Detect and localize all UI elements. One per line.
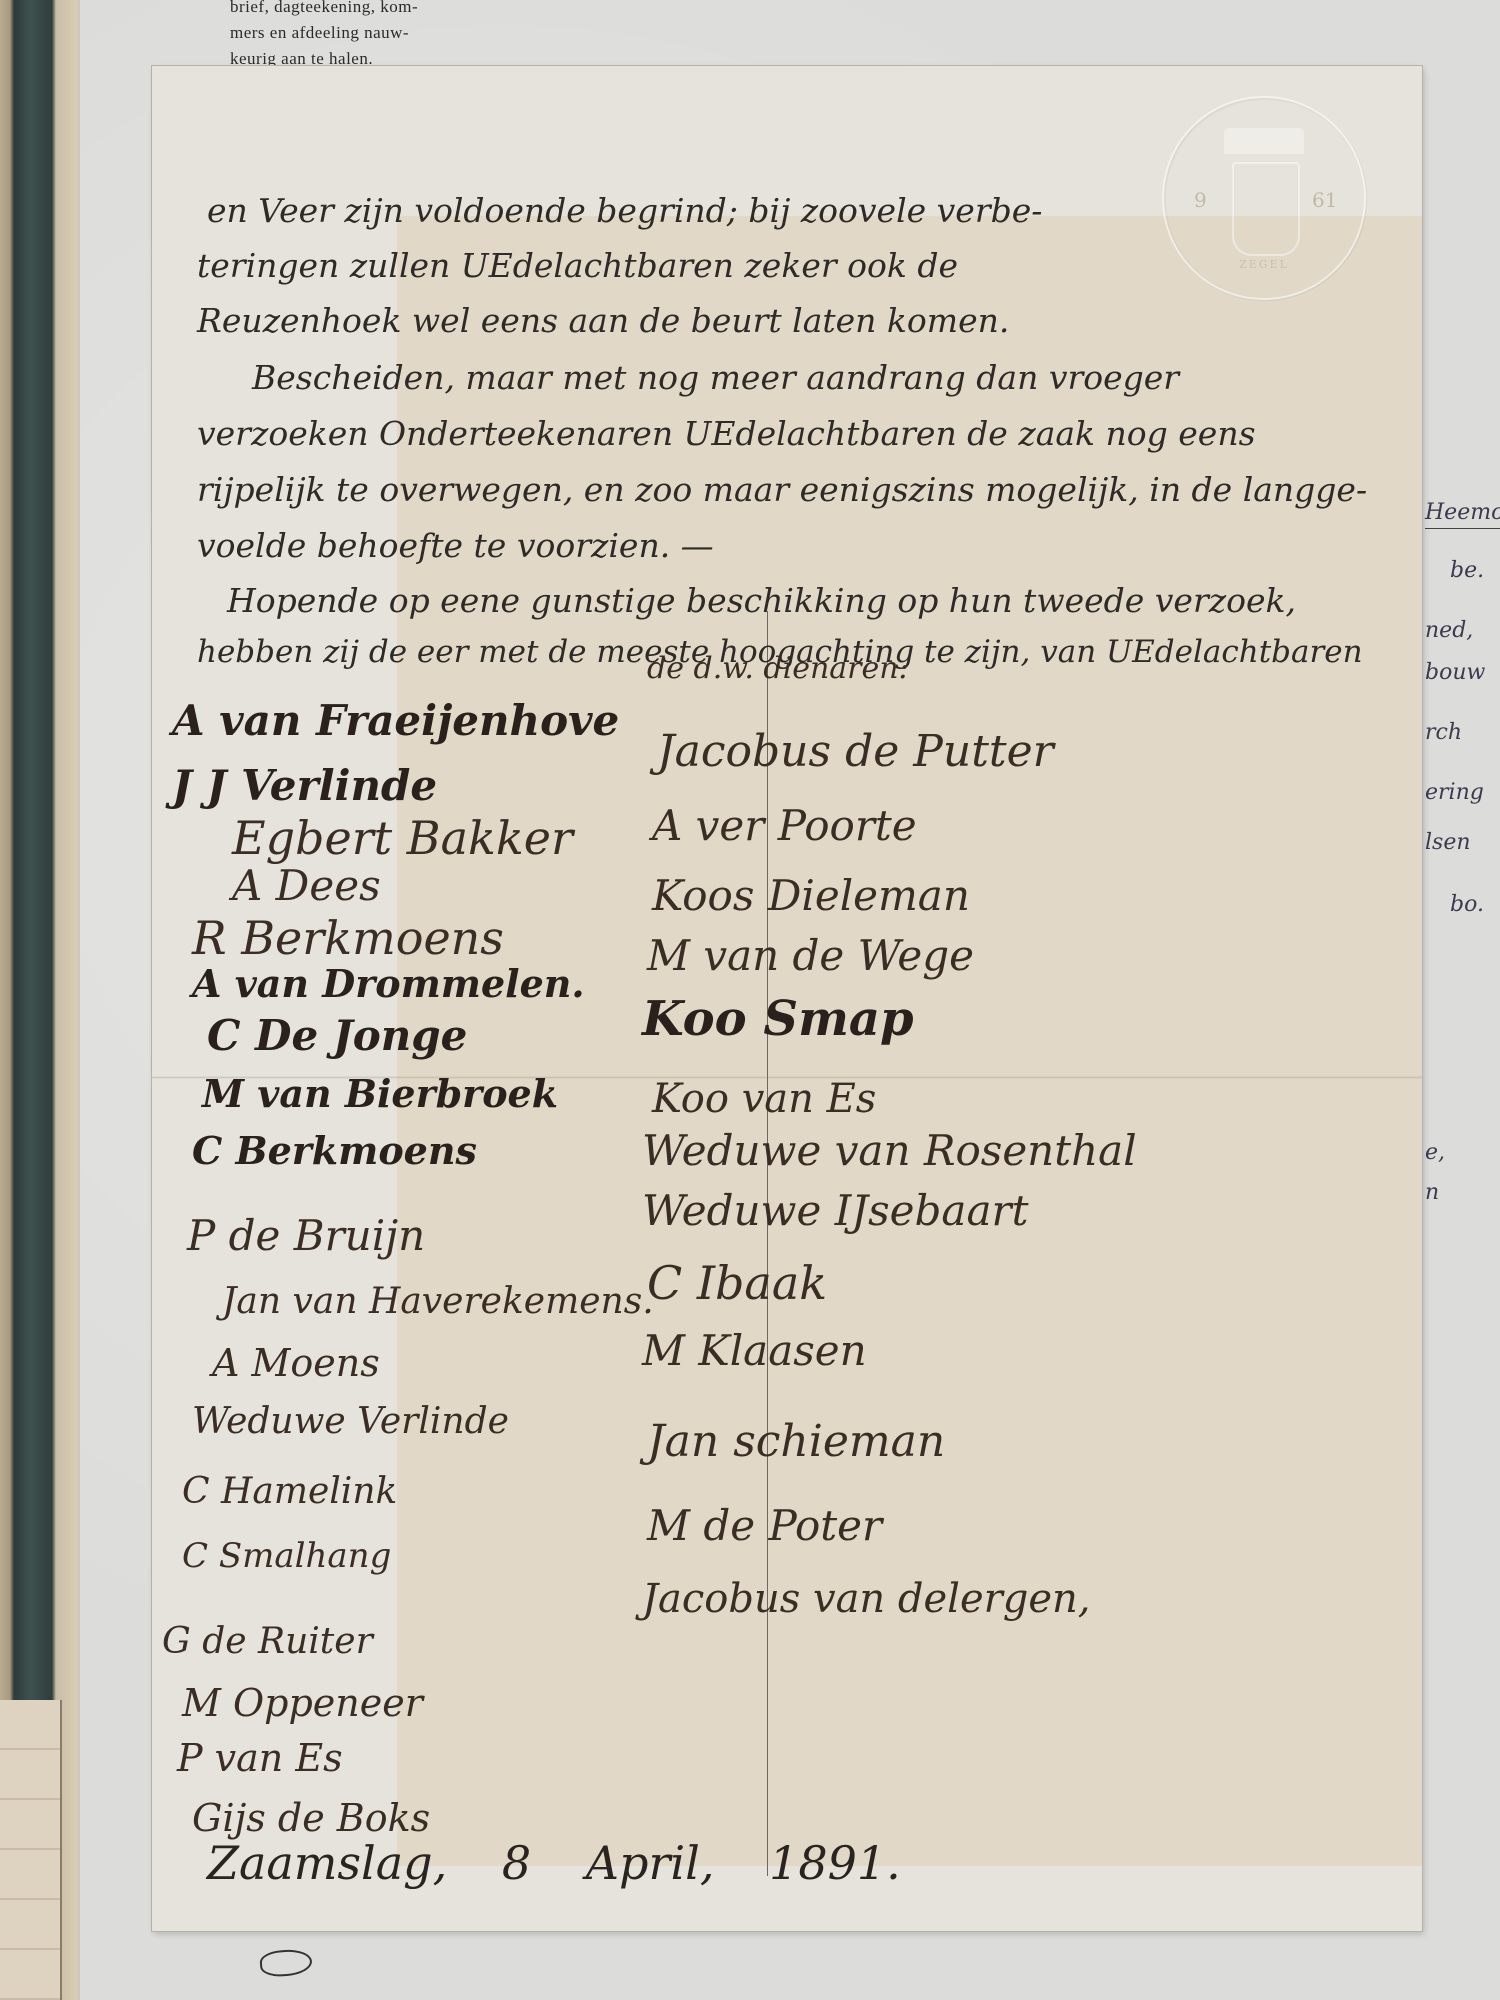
body-line: teringen zullen UEdelachtbaren zeker ook…	[197, 246, 958, 285]
closing-phrase: de d.w. dienaren:	[647, 651, 909, 686]
signature: Jan van Haverekemens.	[222, 1281, 654, 1322]
crown-icon	[1224, 128, 1304, 154]
body-line: Bescheiden, maar met nog meer aandrang d…	[252, 358, 1179, 397]
margin-fragment: Heemo	[1425, 500, 1500, 525]
signature: Egbert Bakker	[232, 811, 573, 865]
handwritten-letter: 9 61 ZEGEL en Veer zijn voldoende begrin…	[152, 66, 1422, 1931]
date-place: Zaamslag,	[207, 1836, 447, 1890]
printed-instructions: brief, dagteekening, kom- mers en afdeel…	[230, 0, 470, 72]
signature: Jacobus van delergen,	[642, 1576, 1091, 1622]
margin-fragment: bouw	[1425, 660, 1485, 685]
body-line: Hopende op eene gunstige beschikking op …	[227, 581, 1296, 620]
body-line: verzoeken Onderteekenaren UEdelachtbaren…	[197, 414, 1256, 453]
seal-number-right: 61	[1312, 188, 1337, 212]
signature: M van Bierbroek	[202, 1071, 558, 1116]
signature: C Hamelink	[182, 1471, 397, 1512]
signature: J J Verlinde	[172, 761, 437, 810]
signature: P van Es	[177, 1736, 343, 1780]
signature: Gijs de Boks	[192, 1796, 430, 1840]
seal-number-left: 9	[1194, 188, 1207, 212]
printed-line: brief, dagteekening, kom-	[230, 0, 470, 20]
signature: Koo Smap	[642, 991, 914, 1047]
signature: Weduwe van Rosenthal	[642, 1126, 1137, 1175]
date-day: 8	[502, 1836, 531, 1890]
body-line: voelde behoefte te voorzien. —	[197, 526, 714, 565]
signature: A van Drommelen.	[192, 961, 585, 1006]
margin-fragment: ned,	[1425, 618, 1473, 643]
signature: C Ibaak	[647, 1256, 827, 1310]
lion-shield-icon	[1232, 162, 1300, 256]
signature: M de Poter	[647, 1501, 882, 1550]
signature: A van Fraeijenhove	[172, 696, 619, 745]
signature: C De Jonge	[207, 1011, 467, 1060]
margin-fragment: ering	[1425, 780, 1484, 805]
signature: M Oppeneer	[182, 1681, 423, 1725]
seal-legend: ZEGEL	[1204, 258, 1324, 271]
printed-line: mers en afdeeling nauw-	[230, 20, 470, 46]
book-page-edges	[0, 1700, 62, 2000]
signature: P de Bruijn	[187, 1211, 425, 1260]
margin-fragment: be.	[1450, 558, 1484, 583]
signature: M Klaasen	[642, 1326, 867, 1375]
body-line: rijpelijk te overwegen, en zoo maar eeni…	[197, 470, 1367, 509]
date-year: 1891.	[769, 1836, 901, 1890]
margin-fragment: n	[1425, 1180, 1439, 1205]
signature: C Berkmoens	[192, 1128, 477, 1173]
signature: A Dees	[232, 861, 381, 910]
signature: A Moens	[212, 1341, 380, 1385]
ink-loop-mark	[259, 1948, 313, 1978]
signature: M van de Wege	[647, 931, 974, 980]
margin-rule	[1425, 528, 1500, 529]
signature: Koo van Es	[652, 1076, 876, 1122]
signature: Weduwe Verlinde	[192, 1401, 509, 1442]
signature: Koos Dieleman	[652, 871, 970, 920]
signature: Jacobus de Putter	[657, 726, 1054, 777]
signature: Weduwe IJsebaart	[642, 1186, 1028, 1235]
body-line: en Veer zijn voldoende begrind; bij zoov…	[207, 191, 1042, 230]
date-month: April,	[586, 1836, 715, 1890]
margin-fragment: lsen	[1425, 830, 1471, 855]
margin-fragment: bo.	[1450, 892, 1484, 917]
body-line: Reuzenhoek wel eens aan de beurt laten k…	[197, 301, 1009, 340]
signature: A ver Poorte	[652, 801, 917, 850]
signature: C Smalhang	[182, 1536, 391, 1576]
embossed-stamp-seal: 9 61 ZEGEL	[1162, 96, 1366, 300]
place-and-date: Zaamslag, 8 April, 1891.	[207, 1836, 941, 1890]
signature: Jan schieman	[647, 1416, 945, 1467]
margin-fragment: rch	[1425, 720, 1462, 745]
margin-fragment: e,	[1425, 1140, 1445, 1165]
signature: G de Ruiter	[162, 1621, 373, 1662]
signature: R Berkmoens	[192, 911, 504, 965]
